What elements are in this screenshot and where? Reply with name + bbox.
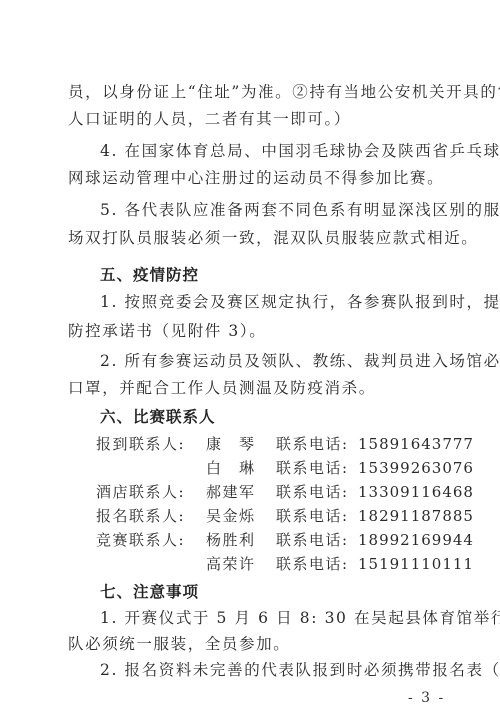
contact-phone: 15891643777 xyxy=(358,434,474,454)
section-heading-contacts: 六、比赛联系人 xyxy=(100,407,492,427)
phone-label: 联系电话: xyxy=(276,506,356,526)
contact-name: 白 琳 xyxy=(206,458,276,478)
phone-label: 联系电话: xyxy=(276,482,356,502)
contact-phone: 15399263076 xyxy=(358,458,474,478)
body-line: 人口证明的人员，二者有其一即可。） xyxy=(68,109,460,129)
contact-name: 康 琴 xyxy=(206,434,276,454)
phone-label: 联系电话: xyxy=(276,434,356,454)
contact-phone: 13309116468 xyxy=(358,482,474,502)
contact-phone: 18291187885 xyxy=(358,506,474,526)
body-line: 1. 开赛仪式于 5 月 6 日 8: 30 在吴起县体育馆举行，各代表 xyxy=(100,608,492,628)
contact-row: 报名联系人: 吴金烁 联系电话: 18291187885 xyxy=(96,506,476,526)
contact-row: 竞赛联系人: 杨胜利 联系电话: 18992169944 xyxy=(96,530,476,550)
contact-phone: 15191110111 xyxy=(358,554,474,574)
phone-label: 联系电话: xyxy=(276,554,356,574)
phone-label: 联系电话: xyxy=(276,458,356,478)
contact-role: 酒店联系人: xyxy=(96,482,206,502)
contact-row: 白 琳 联系电话: 15399263076 xyxy=(96,458,476,478)
contact-name: 吴金烁 xyxy=(206,506,276,526)
body-line: 5. 各代表队应准备两套不同色系有明显深浅区别的服装。上 xyxy=(100,200,492,220)
section-heading-epidemic: 五、疫情防控 xyxy=(100,265,492,285)
contact-row: 高荣许 联系电话: 15191110111 xyxy=(96,554,476,574)
body-line: 1. 按照竞委会及赛区规定执行，各参赛队报到时，提交疫情 xyxy=(100,292,492,312)
body-line: 网球运动管理中心注册过的运动员不得参加比赛。 xyxy=(68,168,460,188)
contact-row: 报到联系人: 康 琴 联系电话: 15891643777 xyxy=(96,434,476,454)
body-line: 2. 报名资料未完善的代表队报到时必须携带报名表（加盖单 xyxy=(100,660,492,680)
contact-name: 高荣许 xyxy=(206,554,276,574)
contact-role: 竞赛联系人: xyxy=(96,530,206,550)
contact-row: 酒店联系人: 郝建军 联系电话: 13309116468 xyxy=(96,482,476,502)
contact-name: 郝建军 xyxy=(206,482,276,502)
section-heading-notes: 七、注意事项 xyxy=(100,582,492,602)
page-number: - 3 - xyxy=(408,690,445,706)
body-line: 员，以身份证上“住址”为准。②持有当地公安机关开具的常住 xyxy=(68,82,460,102)
body-line: 场双打队员服装必须一致，混双队员服装应款式相近。 xyxy=(68,228,460,248)
contact-role: 报名联系人: xyxy=(96,506,206,526)
phone-label: 联系电话: xyxy=(276,530,356,550)
contact-name: 杨胜利 xyxy=(206,530,276,550)
body-line: 防控承诺书（见附件 3）。 xyxy=(68,321,460,341)
body-line: 2. 所有参赛运动员及领队、教练、裁判员进入场馆必须佩戴 xyxy=(100,351,492,371)
body-line: 队必须统一服装，全员参加。 xyxy=(68,634,460,654)
body-line: 口罩，并配合工作人员测温及防疫消杀。 xyxy=(68,378,460,398)
contact-role: 报到联系人: xyxy=(96,434,206,454)
body-line: 4. 在国家体育总局、中国羽毛球协会及陕西省乒乓球羽毛球 xyxy=(100,141,492,161)
contact-phone: 18992169944 xyxy=(358,530,474,550)
